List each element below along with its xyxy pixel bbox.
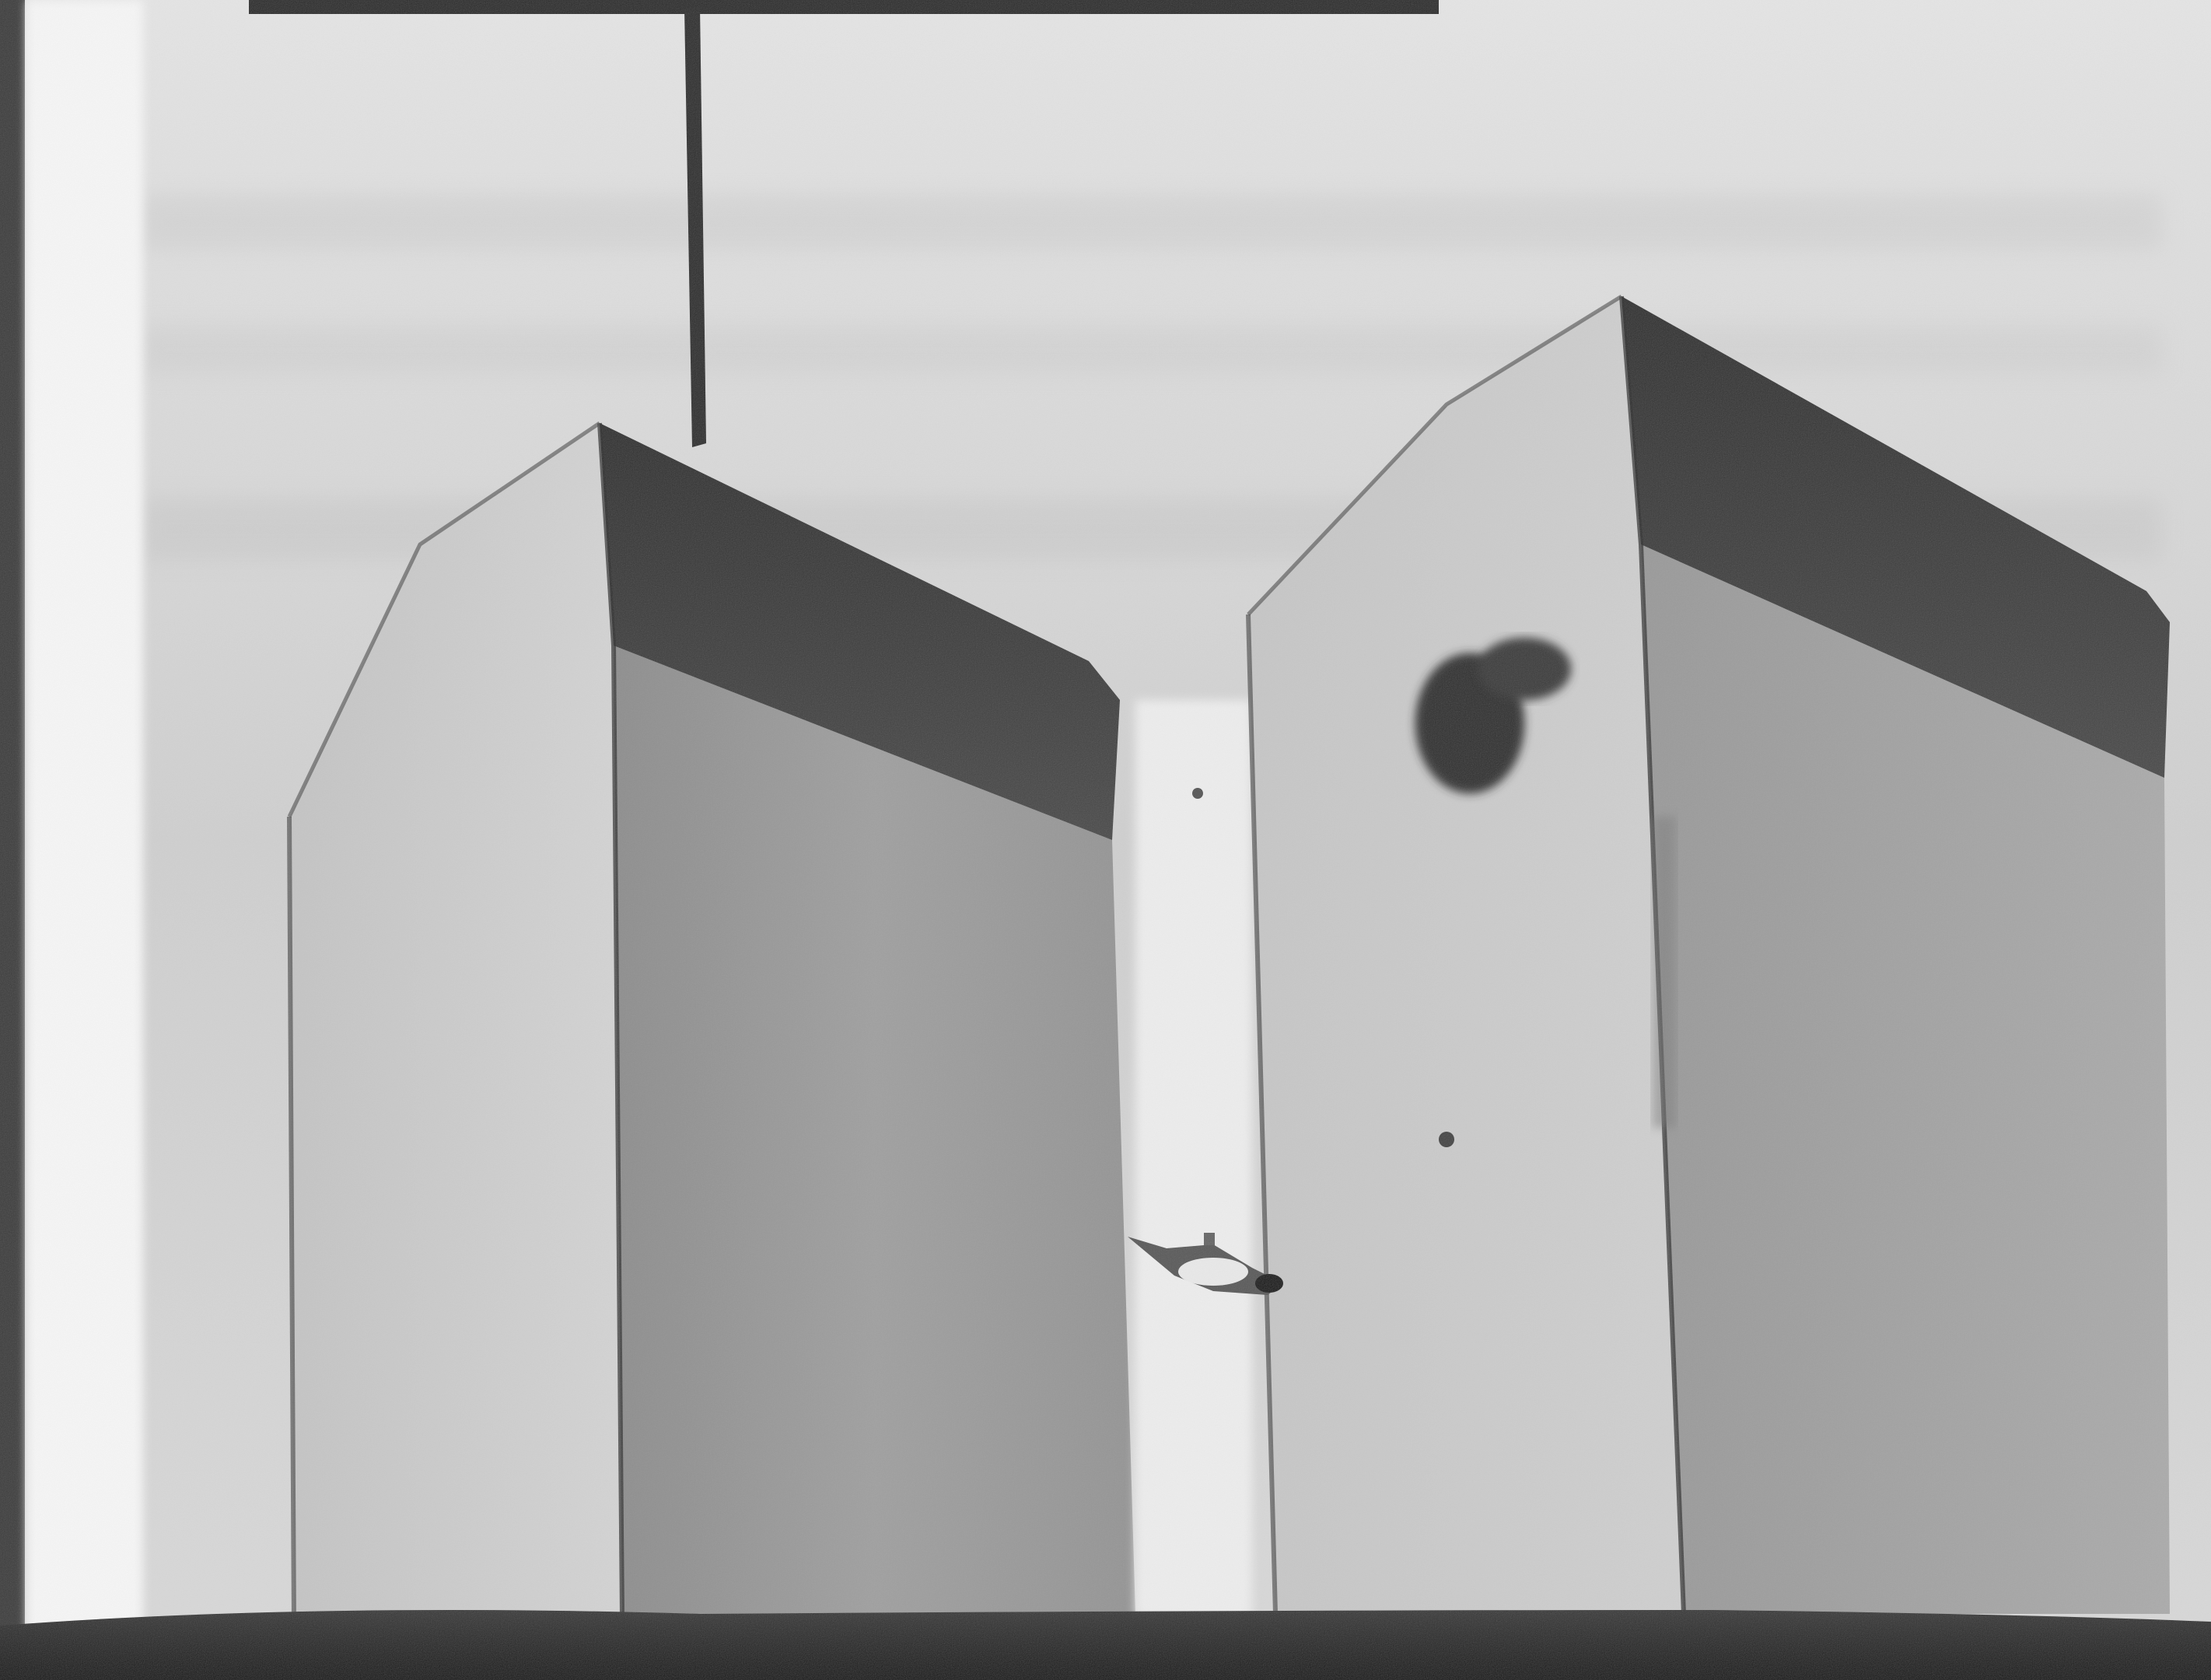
- top-bar: [249, 0, 1439, 14]
- photo-canvas: [0, 0, 2211, 1680]
- gap-highlight: [1135, 700, 1252, 1618]
- left-frame-edge: [0, 0, 25, 1680]
- dark-ground: [0, 1610, 2211, 1680]
- left-highlight-strip: [26, 0, 143, 1641]
